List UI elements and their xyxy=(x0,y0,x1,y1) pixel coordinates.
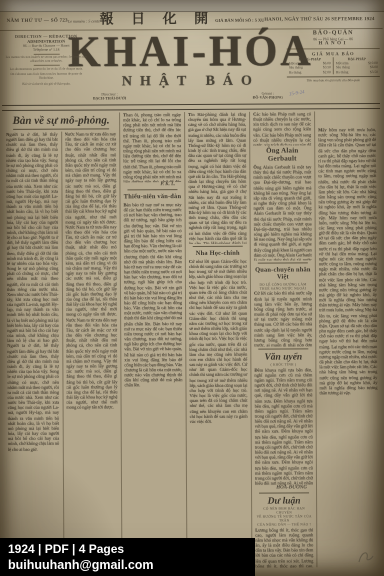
date-line: HANOI, NGÀY THỨ SÁU 26 SEPTEMBRE 1924 xyxy=(264,17,374,23)
headline-rule xyxy=(13,128,109,130)
masthead: DIRECTION — RÉDACTION ADMINISTRATION 86 … xyxy=(0,30,383,104)
signature: HOA-ĐƯỜNG xyxy=(255,485,313,490)
section-rule xyxy=(258,262,308,263)
caption-line-email: buihuuhanh@gmail.com xyxy=(8,557,255,573)
article-text: Bản báo từ nay mở ra mục này để các bạn … xyxy=(124,202,184,568)
section-rule xyxy=(127,189,177,190)
article-text: Nước Nam ta từ xưa đến nay vẫn theo đòi … xyxy=(65,131,119,568)
section-rule xyxy=(258,349,308,350)
article-text: Mấy hôm nay trời mưa luôn, nước sông Nhị… xyxy=(318,127,378,567)
scanned-newspaper-page: NĂM THỨ TƯ — SỐ 723 Le numéro : 5 cents … xyxy=(0,0,384,576)
column-2: Nước Nam ta từ xưa đến nay vẫn theo đòi … xyxy=(62,131,122,568)
headline-thieu-nien: Thiếu-niên văn-đàn xyxy=(123,193,181,200)
article-text: Cứ như lời quan Giám-đốc học chính thì s… xyxy=(189,259,249,568)
price-row: Ba tháng $3.50 xyxy=(335,70,379,75)
section-rule xyxy=(193,246,243,247)
caption-line-pages: 1924 | PDF | 4 Pages xyxy=(8,542,255,557)
headline-mo-phong: Bàn về sự mô-phỏng. xyxy=(3,112,119,128)
price-caption: GIÁ MUA BÁO xyxy=(287,48,380,56)
headline-du-luan: Dư luận xyxy=(255,496,313,506)
bureau-title: BÁO-QUÁN xyxy=(287,30,380,36)
headline-gerbault: Ông Alain Gerbault xyxy=(253,146,311,162)
column-5: Các báo bên Pháp mới sang có thuật nhiều… xyxy=(250,111,317,567)
director-credit: Directeur : BẠCH-THÁI-BƯỞI xyxy=(93,92,126,101)
spacer xyxy=(318,111,376,127)
article-text: Các báo bên Pháp mới sang có thuật nhiều… xyxy=(253,111,311,145)
price-col-indochina: ĐÔNG-PHÁP Một năm $6.00 Sáu tháng $3.50 … xyxy=(287,57,333,75)
headline-quan-chuyen: Quan-chuyển nhân Việt xyxy=(254,266,312,280)
mo-phong-columns: Người ta ở đời, hễ thấy người làm điều g… xyxy=(3,131,121,569)
column-6: Mấy hôm nay trời mưa luôn, nước sông Nhị… xyxy=(315,111,381,567)
handwritten-mark xyxy=(356,548,376,564)
issue-number: NĂM THỨ TƯ — SỐ 723 xyxy=(7,18,68,23)
newspaper-content: NĂM THỨ TƯ — SỐ 723 Le numéro : 5 cents … xyxy=(0,11,384,576)
article-mo-phong: Bàn về sự mô-phỏng. Người ta ở đời, hễ t… xyxy=(3,112,122,569)
column-3: Than ôi, phong trào mỗi ngày một khác, k… xyxy=(120,112,187,568)
chinese-masthead: 報 日 化 開 xyxy=(100,13,216,28)
office-box: DIRECTION — RÉDACTION ADMINISTRATION 86 … xyxy=(4,34,89,87)
article-text: Tin Hải-phòng đánh lại rằng chuyến tàu h… xyxy=(188,112,247,244)
bureau-city: HANOI xyxy=(287,41,380,46)
subscription-box: BÁO-QUÁN 86 — Phố hàng Gai — 86 HANOI GI… xyxy=(287,30,380,83)
signature: P. K. L. xyxy=(123,182,181,187)
scan-edge-top xyxy=(0,0,384,12)
headline-hoc-chinh: Nha Học-chính xyxy=(189,250,247,257)
office-note: Les manuscrits non insérés ne seront pas… xyxy=(4,56,89,64)
caption-overlay: 1924 | PDF | 4 Pages buihuuhanh@gmail.co… xyxy=(0,538,255,576)
section-rule xyxy=(259,492,309,493)
pencil-annotation: 15-9-24 xyxy=(289,90,305,97)
price-col-france: ĐẠI-PHÁP Một năm $10.00 Sáu tháng $6.00 … xyxy=(333,57,380,75)
poem-text: Đêm khuya ngồi tựa bên đèn, nghĩ nguồn c… xyxy=(254,367,313,485)
article-text: Ông Alain Gerbault là một tay thủy thủ đ… xyxy=(253,164,312,260)
column-4: Tin Hải-phòng đánh lại rằng chuyến tàu h… xyxy=(185,112,252,568)
masthead-double-rule xyxy=(2,103,380,111)
column-1: Người ta ở đời, hễ thấy người làm điều g… xyxy=(3,132,64,569)
director-name: BẠCH-THÁI-BƯỞI xyxy=(93,97,126,102)
price-row: Ba tháng $2.00 xyxy=(288,70,332,75)
article-text: Than ôi, phong trào mỗi ngày một khác, k… xyxy=(123,112,181,182)
office-phone: Téléphone n° 1.18 xyxy=(4,48,89,52)
body-columns: Bàn về sự mô-phỏng. Người ta ở đời, hễ t… xyxy=(0,111,384,569)
price-per-copy-fr: Le numéro : 5 cents xyxy=(68,18,100,23)
headline-subline: CÓ NÊN ĐEM BÁC HẠN CHUYỆN xyxy=(255,506,313,515)
article-text: Cứ lời các báo thì nhà nước sắp định lại… xyxy=(254,291,312,347)
price-note: Tiền mua báo xin giả trước cho Báo-quán xyxy=(287,78,380,82)
gerant-credit: Gérant : ĐỖ-VĂN-PHONG xyxy=(253,91,283,100)
article-text: Người ta ở đời, hễ thấy người làm điều g… xyxy=(6,132,60,569)
office-note: Bài vở và thư từ xin gửi về Báo-quán. xyxy=(4,82,89,86)
office-note: On s'abonne sans frais dans tous les bur… xyxy=(4,73,89,81)
article-text: Lương bổng thì ít, thóc gạo thì cao, ngư… xyxy=(255,527,313,568)
gerant-name: ĐỖ-VĂN-PHONG xyxy=(253,96,283,101)
price-per-copy-vn: GIÁ BÁN MỖI SỐ : 5 XU xyxy=(215,17,264,22)
price-table: ĐÔNG-PHÁP Một năm $6.00 Sáu tháng $3.50 … xyxy=(287,57,380,78)
